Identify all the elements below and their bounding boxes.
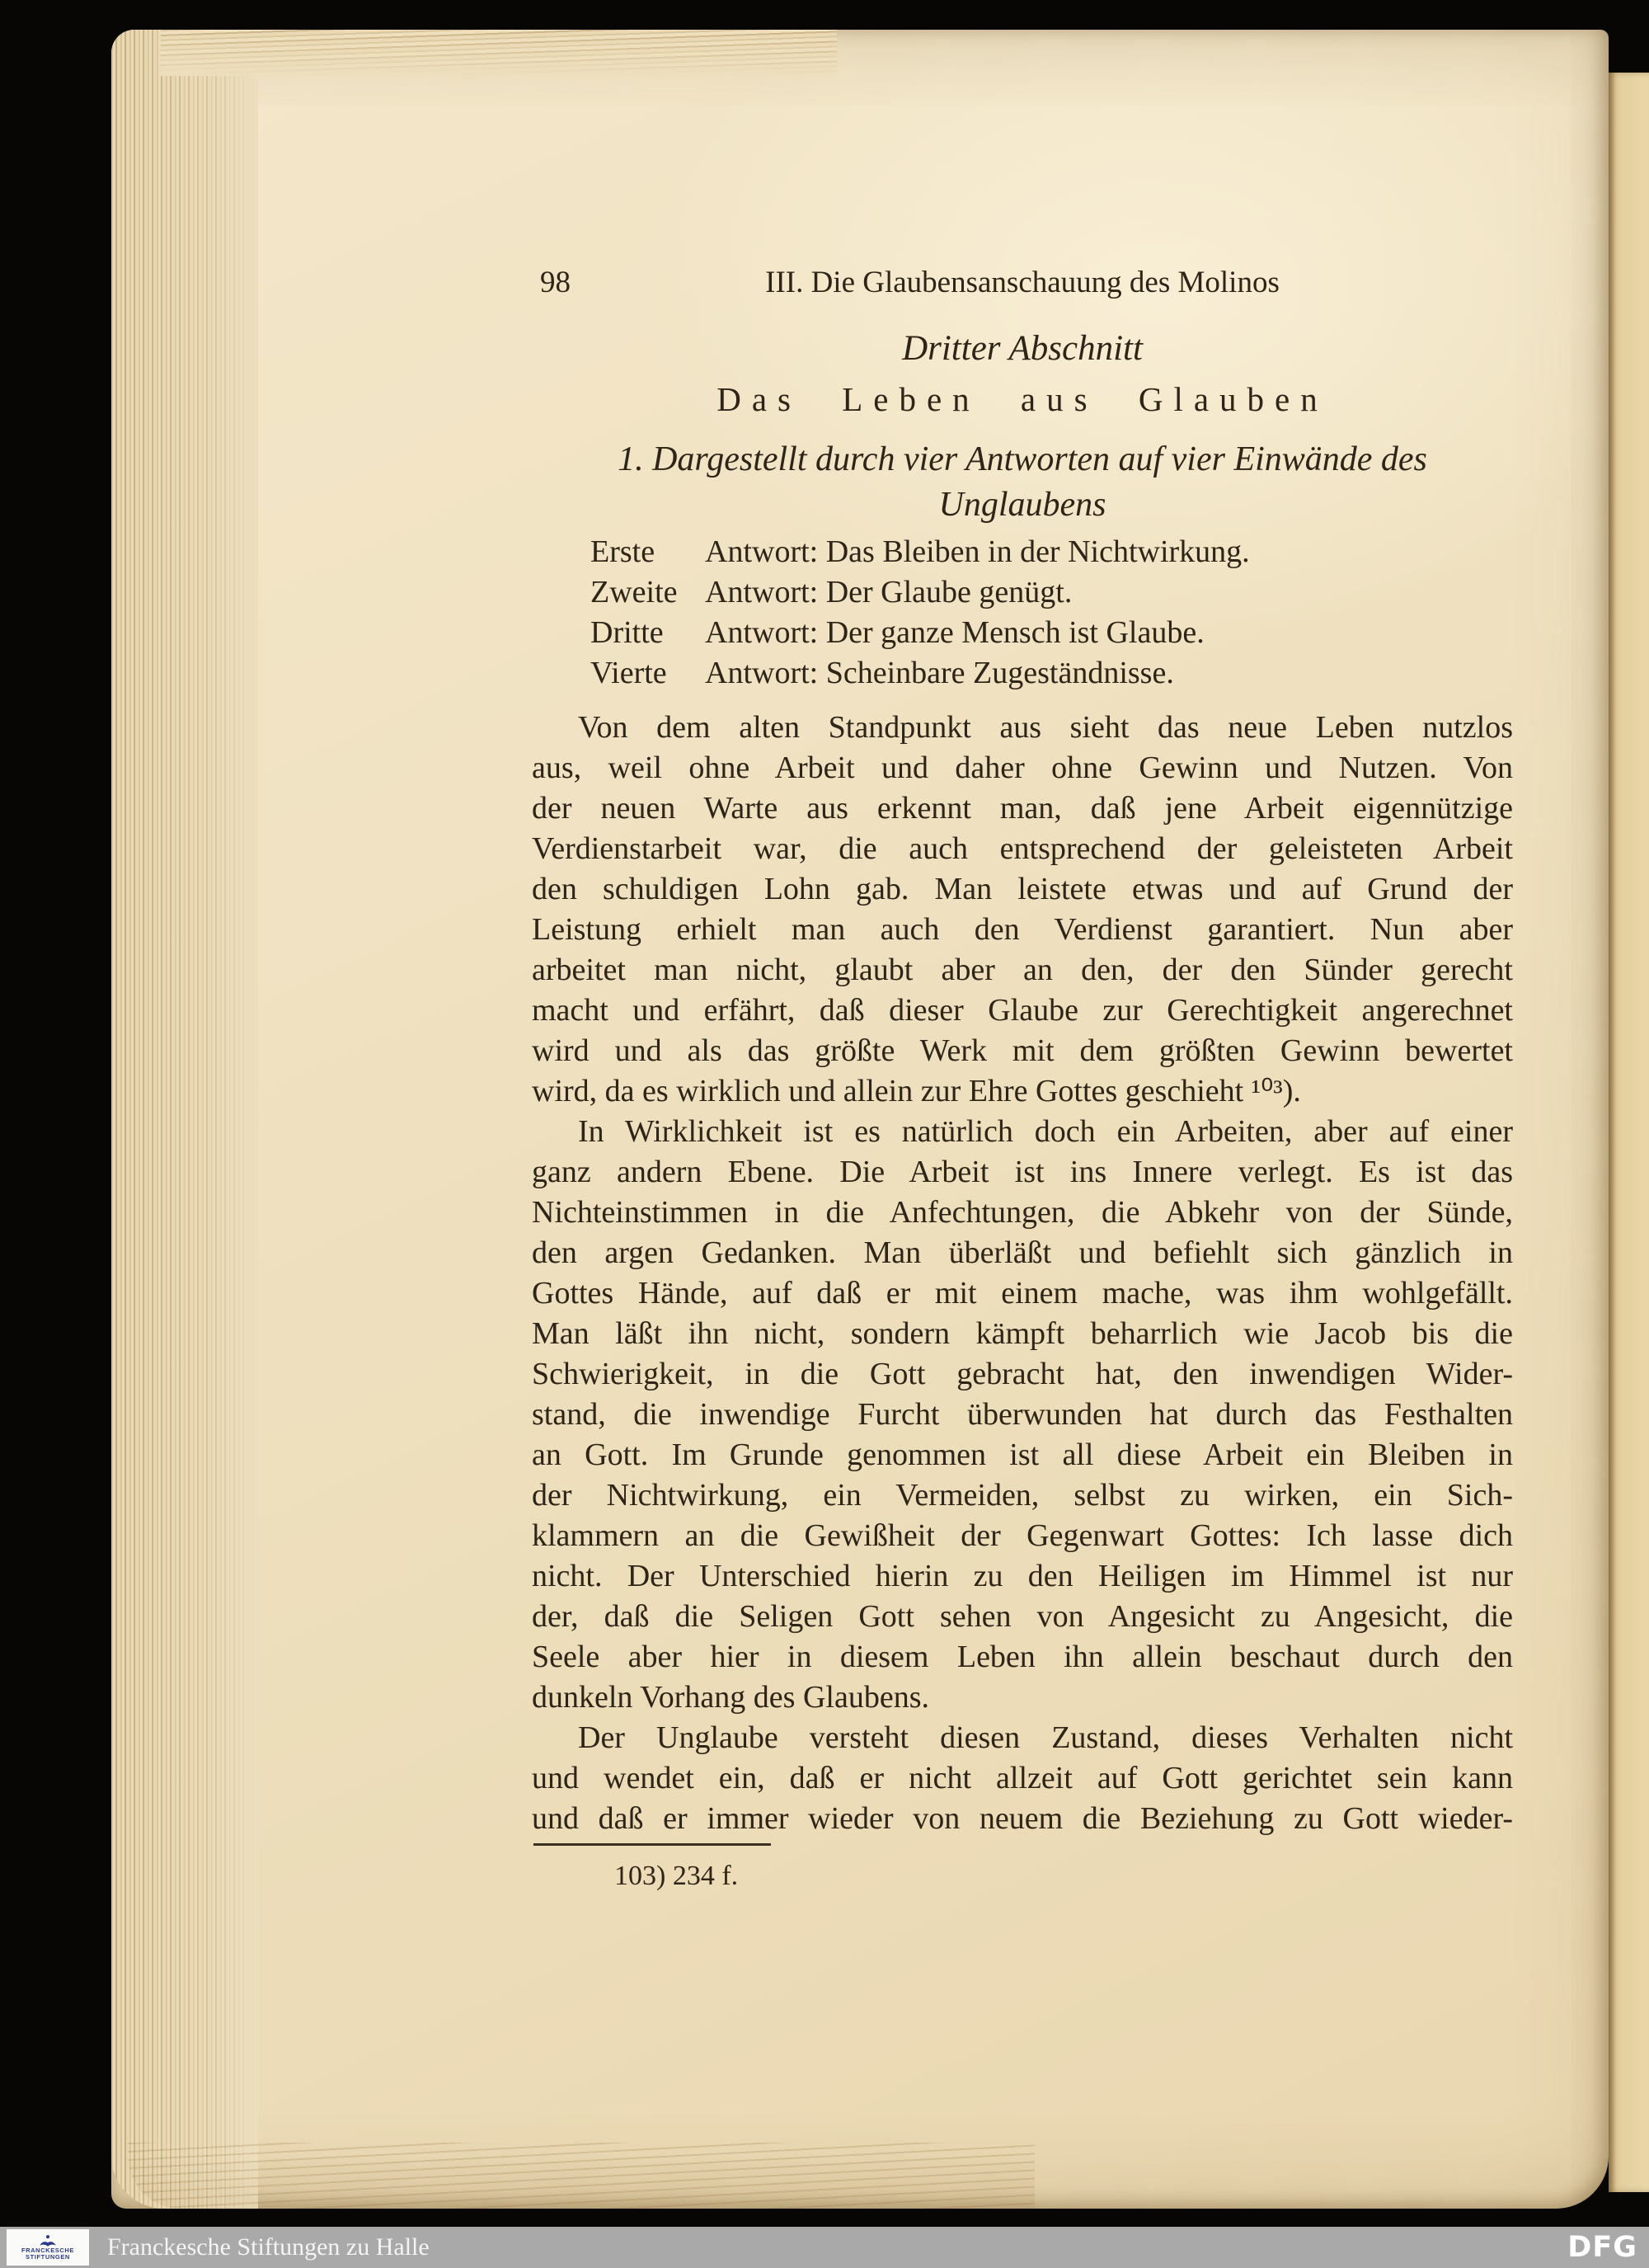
text-line: der neuen Warte aus erkennt man, daß jen…	[532, 788, 1513, 829]
franckesche-stiftungen-logo	[39, 2234, 57, 2247]
text-line: ganz andern Ebene. Die Arbeit ist ins In…	[532, 1152, 1513, 1193]
text-line: klammern an die Gewißheit der Gegenwart …	[532, 1516, 1513, 1556]
dfg-logo: DFG	[1567, 2231, 1637, 2264]
adjacent-page-edge	[1609, 73, 1649, 2192]
footnote-rule	[533, 1843, 771, 1846]
paragraph-2: In Wirklichkeit ist es natürlich doch ei…	[532, 1112, 1513, 1718]
answer-label: Antwort:	[705, 615, 818, 650]
answer-line: ZweiteAntwort: Der Glaube genügt.	[590, 572, 1513, 613]
footnote: 103) 234 f.	[614, 1856, 738, 1896]
text-line: der Nichtwirkung, ein Vermeiden, selbst …	[532, 1475, 1513, 1516]
paragraph-1: Von dem alten Standpunkt aus sieht das n…	[532, 708, 1513, 1112]
answer-ordinal: Vierte	[590, 653, 705, 694]
text-line: wird, da es wirklich und allein zur Ehre…	[532, 1071, 1513, 1112]
text-line: Man läßt ihn nicht, sondern kämpft behar…	[532, 1314, 1513, 1354]
answer-label: Antwort:	[705, 534, 818, 569]
page-text-column: 98 III. Die Glaubensanschauung des Molin…	[532, 30, 1513, 2209]
text-line: macht und erfährt, daß dieser Glaube zur…	[532, 990, 1513, 1031]
logo-caption-line2: STIFTUNGEN	[26, 2253, 70, 2261]
page-fore-edge	[111, 30, 258, 2209]
page-header: 98 III. Die Glaubensanschauung des Molin…	[532, 262, 1513, 303]
page-number: 98	[540, 262, 571, 303]
answer-label: Antwort:	[705, 575, 818, 609]
text-line: Schwierigkeit, in die Gott gebracht hat,…	[532, 1354, 1513, 1395]
franckesche-logo-box: FRANCKESCHE STIFTUNGEN	[7, 2229, 89, 2266]
answer-text: Das Bleiben in der Nichtwirkung.	[826, 534, 1250, 569]
text-line: der, daß die Seligen Gott sehen von Ange…	[532, 1597, 1513, 1637]
section-heading: Dritter Abschnitt	[532, 328, 1513, 369]
text-line: Von dem alten Standpunkt aus sieht das n…	[532, 708, 1513, 748]
answer-label: Antwort:	[705, 656, 818, 690]
answer-line: DritteAntwort: Der ganze Mensch ist Glau…	[590, 613, 1513, 653]
text-line: an Gott. Im Grunde genommen ist all dies…	[532, 1435, 1513, 1475]
paragraph-3: Der Unglaube versteht diesen Zustand, di…	[532, 1718, 1513, 1839]
text-line: nicht. Der Unterschied hierin zu den Hei…	[532, 1556, 1513, 1597]
text-line: aus, weil ohne Arbeit und daher ohne Gew…	[532, 748, 1513, 788]
footer-library-name: Franckesche Stiftungen zu Halle	[107, 2233, 430, 2261]
answer-line: VierteAntwort: Scheinbare Zugeständnisse…	[590, 653, 1513, 694]
franckesche-logo-caption: FRANCKESCHE STIFTUNGEN	[21, 2247, 74, 2261]
footer-bar: FRANCKESCHE STIFTUNGEN Franckesche Stift…	[0, 2227, 1649, 2268]
running-header: III. Die Glaubensanschauung des Molinos	[532, 262, 1513, 303]
text-line: und wendet ein, daß er nicht allzeit auf…	[532, 1758, 1513, 1799]
text-line: Nichteinstimmen in die Anfechtungen, die…	[532, 1193, 1513, 1233]
text-line: wird und als das größte Werk mit dem grö…	[532, 1031, 1513, 1071]
text-line: In Wirklichkeit ist es natürlich doch ei…	[532, 1112, 1513, 1152]
text-line: stand, die inwendige Furcht überwunden h…	[532, 1395, 1513, 1435]
text-line: arbeitet man nicht, glaubt aber an den, …	[532, 950, 1513, 990]
answer-line: ErsteAntwort: Das Bleiben in der Nichtwi…	[590, 532, 1513, 572]
subsection-heading-line2: Unglaubens	[532, 485, 1513, 525]
chapter-heading: Das Leben aus Glauben	[532, 379, 1513, 420]
answer-text: Der ganze Mensch ist Glaube.	[826, 615, 1205, 650]
text-line: den argen Gedanken. Man überläßt und bef…	[532, 1233, 1513, 1273]
answer-text: Der Glaube genügt.	[826, 575, 1073, 609]
answers-list: ErsteAntwort: Das Bleiben in der Nichtwi…	[532, 532, 1513, 694]
text-line: Verdienstarbeit war, die auch entspreche…	[532, 829, 1513, 869]
subsection-heading-line1: 1. Dargestellt durch vier Antworten auf …	[532, 440, 1513, 480]
book-page: 98 III. Die Glaubensanschauung des Molin…	[111, 30, 1609, 2209]
text-line: Leistung erhielt man auch den Verdienst …	[532, 910, 1513, 950]
text-line: Seele aber hier in diesem Leben ihn alle…	[532, 1637, 1513, 1677]
text-line: Gottes Hände, auf daß er mit einem mache…	[532, 1273, 1513, 1314]
answer-text: Scheinbare Zugeständnisse.	[826, 656, 1174, 690]
text-line: und daß er immer wieder von neuem die Be…	[532, 1799, 1513, 1839]
scan-background: 98 III. Die Glaubensanschauung des Molin…	[0, 0, 1649, 2268]
text-line: dunkeln Vorhang des Glaubens.	[532, 1677, 1513, 1718]
answer-ordinal: Zweite	[590, 572, 705, 613]
answer-ordinal: Erste	[590, 532, 705, 572]
text-line: den schuldigen Lohn gab. Man leistete et…	[532, 869, 1513, 910]
text-line: Der Unglaube versteht diesen Zustand, di…	[532, 1718, 1513, 1758]
answer-ordinal: Dritte	[590, 613, 705, 653]
